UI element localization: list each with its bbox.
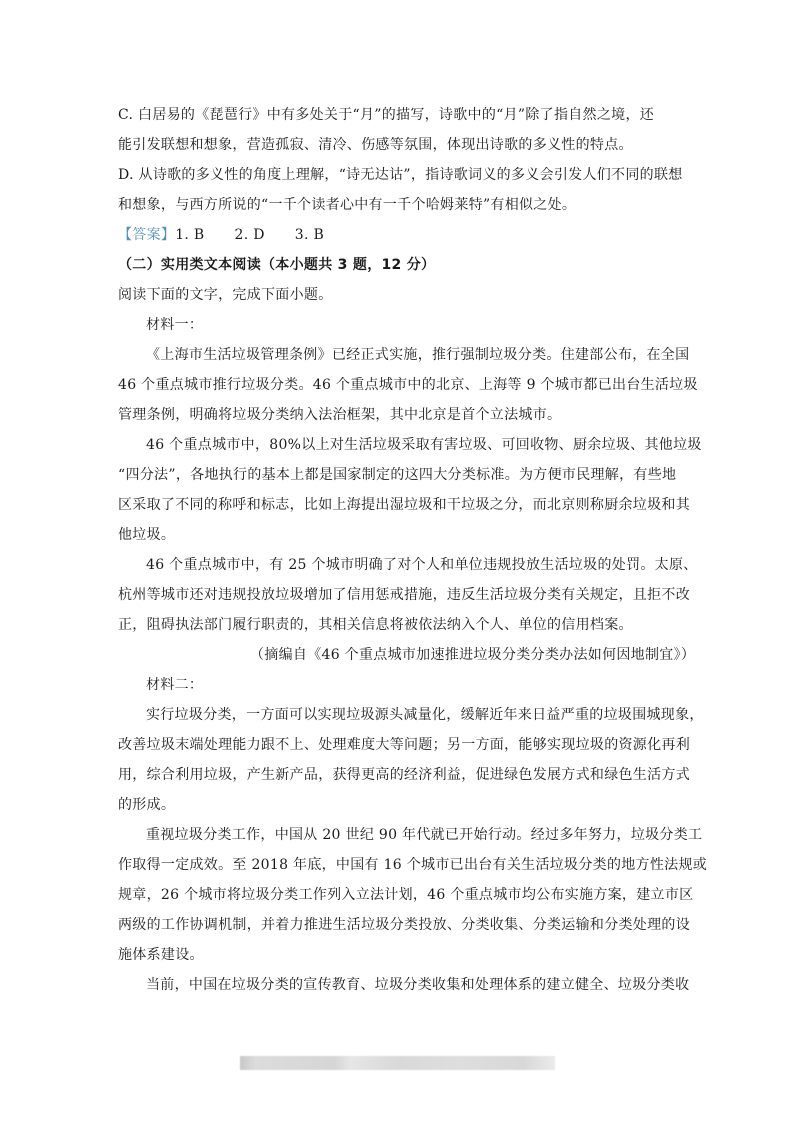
answer-item-2: 2. D bbox=[235, 227, 265, 243]
material-2-paragraph-2: 重视垃圾分类工作，中国从 20 世纪 90 年代就已开始行动。经过多年努力，垃圾… bbox=[118, 820, 678, 970]
section-instruction: 阅读下面的文字，完成下面小题。 bbox=[118, 280, 678, 310]
option-d-line-2: 和想象，与西方所说的“一千个读者心中有一千个哈姆莱特”有相似之处。 bbox=[118, 190, 678, 220]
paragraph-line: “四分法”，各地执行的基本上都是国家制定的这四大分类标准。为方便市民理解，有些地 bbox=[118, 460, 678, 490]
paragraph-line: 作取得一定成效。至 2018 年底，中国有 16 个城市已出台有关生活垃圾分类的… bbox=[118, 850, 678, 880]
paragraph-line: 当前，中国在垃圾分类的宣传教育、垃圾分类收集和处理体系的建立健全、垃圾分类收 bbox=[118, 970, 678, 1000]
material-1-paragraph-3: 46 个重点城市中，有 25 个城市明确了对个人和单位违规投放生活垃圾的处罚。太… bbox=[118, 550, 678, 640]
paragraph-line: 规章，26 个城市将垃圾分类工作列入立法计划，46 个重点城市均公布实施方案，建… bbox=[118, 880, 678, 910]
material-1-title: 材料一： bbox=[118, 310, 678, 340]
material-1-paragraph-2: 46 个重点城市中，80%以上对生活垃圾采取有害垃圾、可回收物、厨余垃圾、其他垃… bbox=[118, 430, 678, 550]
paragraph-line: 的形成。 bbox=[118, 790, 678, 820]
paragraph-line: 杭州等城市还对违规投放垃圾增加了信用惩戒措施，违反生活垃圾分类有关规定，且拒不改 bbox=[118, 580, 678, 610]
paragraph-line: 46 个重点城市中，80%以上对生活垃圾采取有害垃圾、可回收物、厨余垃圾、其他垃… bbox=[118, 430, 678, 460]
material-2-paragraph-3: 当前，中国在垃圾分类的宣传教育、垃圾分类收集和处理体系的建立健全、垃圾分类收 bbox=[118, 970, 678, 1000]
answer-label: 【答案】 bbox=[118, 227, 175, 243]
paragraph-line: 改善垃圾末端处理能力跟不上、处理难度大等问题；另一方面，能够实现垃圾的资源化再利 bbox=[118, 730, 678, 760]
paragraph-line: 实行垃圾分类，一方面可以实现垃圾源头减量化，缓解近年来日益严重的垃圾围城现象， bbox=[118, 700, 678, 730]
answer-item-3: 3. B bbox=[295, 227, 324, 243]
answer-item-1: 1. B bbox=[175, 227, 204, 243]
paragraph-line: 正，阻碍执法部门履行职责的，其相关信息将被依法纳入个人、单位的信用档案。 bbox=[118, 610, 678, 640]
paragraph-line: 施体系建设。 bbox=[118, 940, 678, 970]
option-c: C. 白居易的《琵琶行》中有多处关于“月”的描写，诗歌中的“月”除了指自然之境，… bbox=[118, 100, 678, 160]
material-2-paragraph-1: 实行垃圾分类，一方面可以实现垃圾源头减量化，缓解近年来日益严重的垃圾围城现象， … bbox=[118, 700, 678, 820]
blurred-footer-watermark bbox=[240, 1056, 555, 1070]
option-d-line-1: D. 从诗歌的多义性的角度上理解，“诗无达诂”，指诗歌词义的多义会引发人们不同的… bbox=[118, 160, 678, 190]
option-c-line-2: 能引发联想和想象，营造孤寂、清冷、伤感等氛围，体现出诗歌的多义性的特点。 bbox=[118, 130, 678, 160]
paragraph-line: 两级的工作协调机制，并着力推进生活垃圾分类投放、分类收集、分类运输和分类处理的设 bbox=[118, 910, 678, 940]
paragraph-line: 管理条例，明确将垃圾分类纳入法治框架，其中北京是首个立法城市。 bbox=[118, 400, 678, 430]
paragraph-line: 《上海市生活垃圾管理条例》已经正式实施，推行强制垃圾分类。住建部公布，在全国 bbox=[118, 340, 678, 370]
paragraph-line: 46 个重点城市中，有 25 个城市明确了对个人和单位违规投放生活垃圾的处罚。太… bbox=[118, 550, 678, 580]
option-c-line-1: C. 白居易的《琵琶行》中有多处关于“月”的描写，诗歌中的“月”除了指自然之境，… bbox=[118, 100, 678, 130]
material-2-title: 材料二： bbox=[118, 670, 678, 700]
option-d: D. 从诗歌的多义性的角度上理解，“诗无达诂”，指诗歌词义的多义会引发人们不同的… bbox=[118, 160, 678, 220]
material-1-source: （摘编自《46 个重点城市加速推进垃圾分类分类办法如何因地制宜》） bbox=[118, 640, 678, 670]
paragraph-line: 46 个重点城市推行垃圾分类。46 个重点城市中的北京、上海等 9 个城市都已出… bbox=[118, 370, 678, 400]
paragraph-line: 重视垃圾分类工作，中国从 20 世纪 90 年代就已开始行动。经过多年努力，垃圾… bbox=[118, 820, 678, 850]
paragraph-line: 他垃圾。 bbox=[118, 520, 678, 550]
material-1-paragraph-1: 《上海市生活垃圾管理条例》已经正式实施，推行强制垃圾分类。住建部公布，在全国 4… bbox=[118, 340, 678, 430]
answer-row: 【答案】1. B2. D3. B bbox=[118, 220, 678, 250]
paragraph-line: 用，综合利用垃圾，产生新产品，获得更高的经济利益，促进绿色发展方式和绿色生活方式 bbox=[118, 760, 678, 790]
paragraph-line: 区采取了不同的称呼和标志，比如上海提出湿垃圾和干垃圾之分，而北京则称厨余垃圾和其 bbox=[118, 490, 678, 520]
section-heading: （二）实用类文本阅读（本小题共 3 题，12 分） bbox=[118, 250, 678, 280]
document-page: C. 白居易的《琵琶行》中有多处关于“月”的描写，诗歌中的“月”除了指自然之境，… bbox=[118, 100, 678, 1000]
